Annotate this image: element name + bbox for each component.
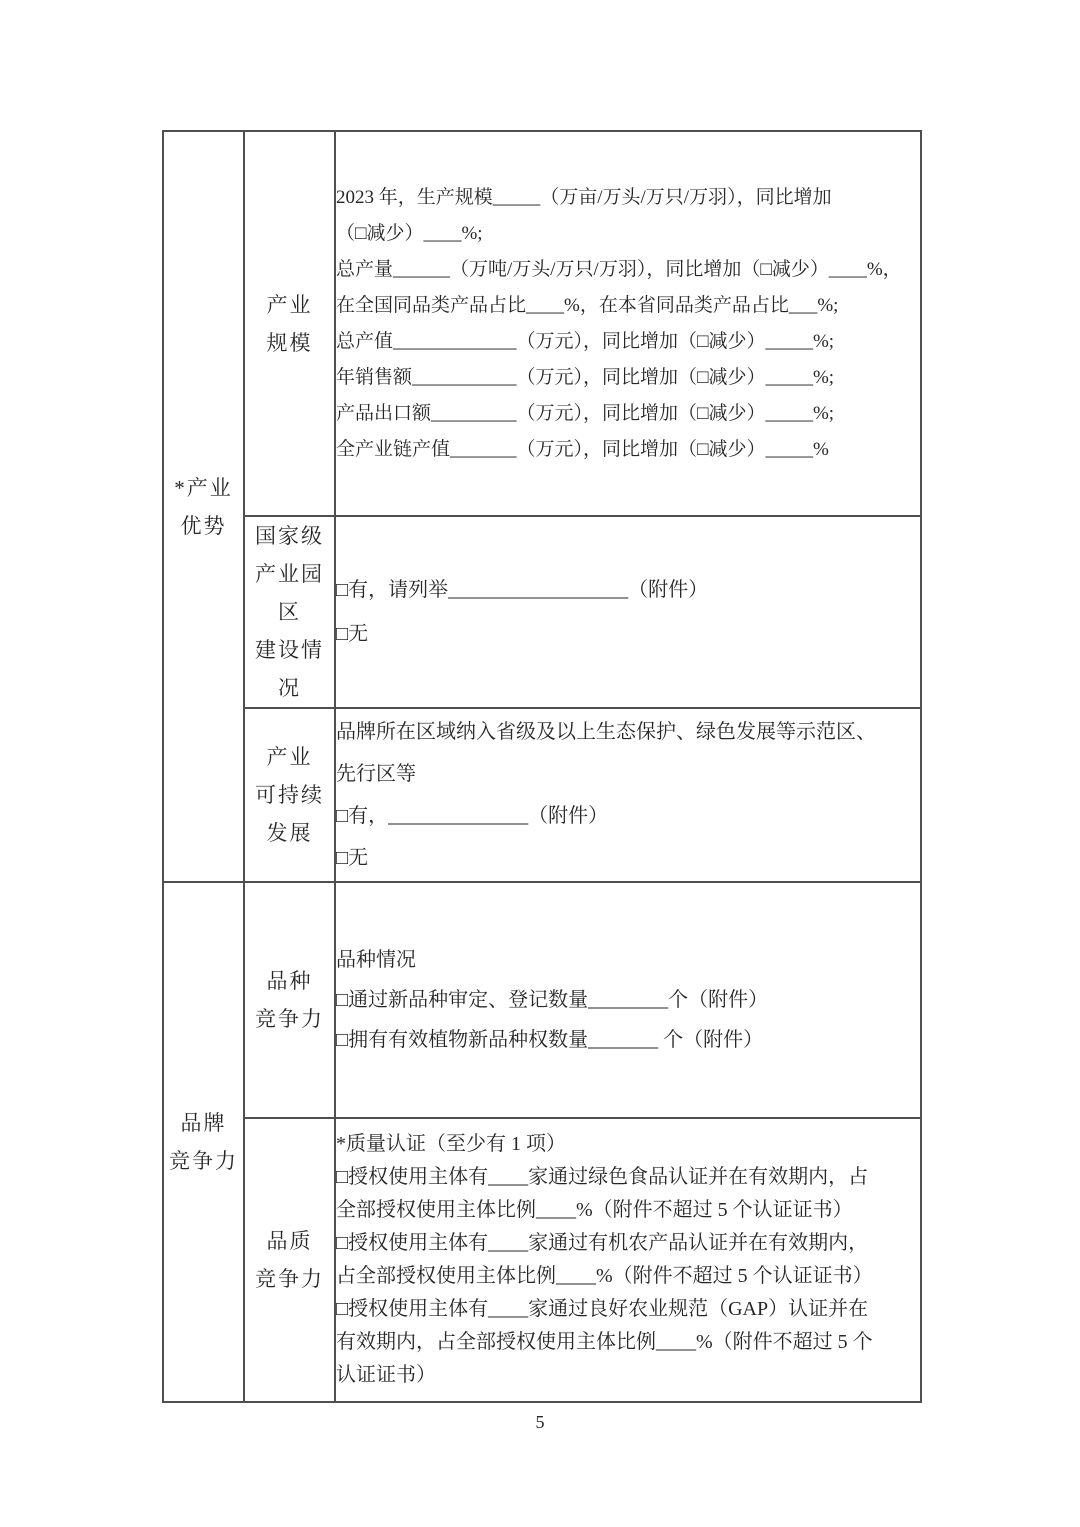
group-label-brand-competitiveness: 品牌竞争力 [163,882,244,1402]
cell-national-industrial-park-content: □有，请列举__________________（附件）□无 [335,516,921,708]
row-label-variety-competitiveness: 品种竞争力 [244,882,335,1118]
form-table: *产业优势 产业规模 2023 年，生产规模_____（万亩/万头/万只/万羽）… [162,130,922,1403]
page-number: 5 [0,1412,1080,1433]
cell-variety-competitiveness-content: 品种情况□通过新品种审定、登记数量________个（附件）□拥有有效植物新品种… [335,882,921,1118]
cell-quality-competitiveness-content: *质量认证（至少有 1 项）□授权使用主体有____家通过绿色食品认证并在有效期… [335,1118,921,1402]
row-label-industry-sustainability: 产业可持续发展 [244,708,335,882]
row-label-national-industrial-park: 国家级产业园区建设情况 [244,516,335,708]
document-page: *产业优势 产业规模 2023 年，生产规模_____（万亩/万头/万只/万羽）… [0,0,1080,1527]
row-label-industry-scale: 产业规模 [244,131,335,516]
cell-industry-sustainability-content: 品牌所在区域纳入省级及以上生态保护、绿色发展等示范区、先行区等□有，______… [335,708,921,882]
group-label-industry-advantage: *产业优势 [163,131,244,882]
row-label-quality-competitiveness: 品质竞争力 [244,1118,335,1402]
cell-industry-scale-content: 2023 年，生产规模_____（万亩/万头/万只/万羽），同比增加（□减少）_… [335,131,921,516]
